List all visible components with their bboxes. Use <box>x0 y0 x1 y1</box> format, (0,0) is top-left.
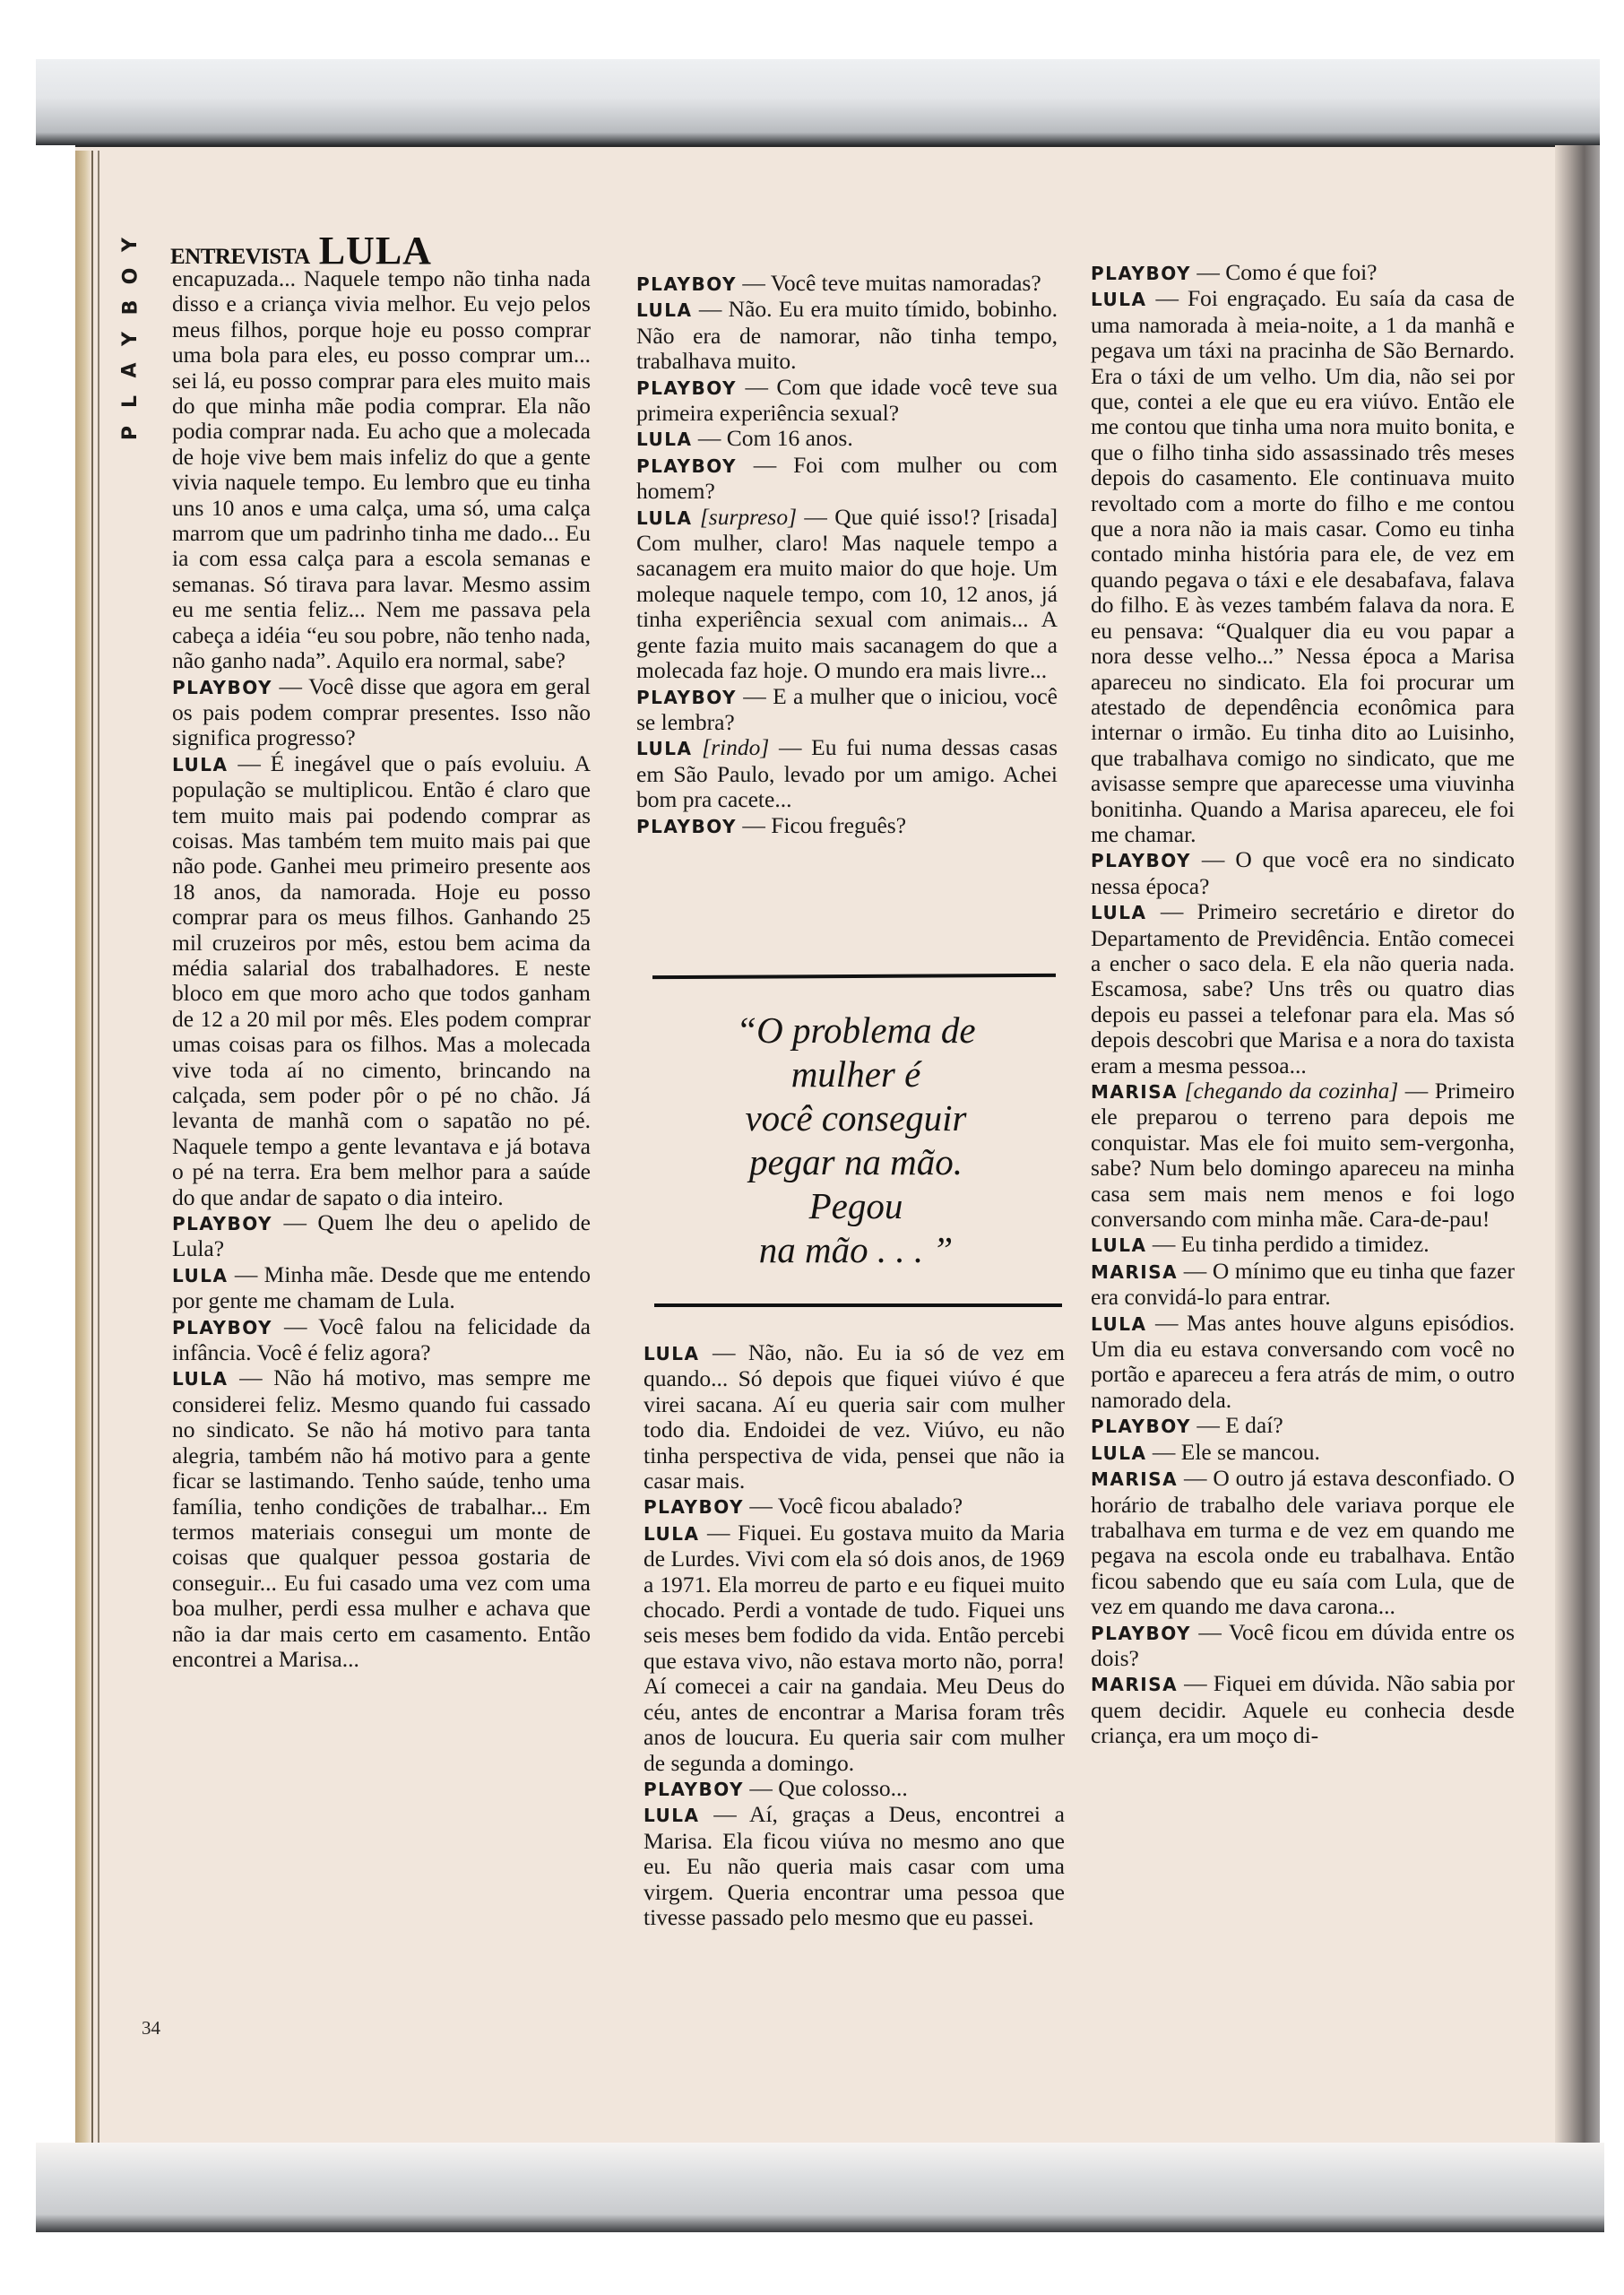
pullquote-line: pegar na mão. <box>654 1140 1058 1184</box>
interview-paragraph: PLAYBOY — Que colosso... <box>644 1776 1065 1802</box>
speaker-label: LULA <box>1091 902 1147 923</box>
paragraph-text: — Não há motivo, mas sempre me considere… <box>172 1364 591 1671</box>
paragraph-text: — Não, não. Eu ia só de vez em quando...… <box>644 1339 1065 1494</box>
speaker-label: PLAYBOY <box>172 677 272 698</box>
speaker-label: PLAYBOY <box>172 1317 272 1338</box>
paragraph-text: — Você teve muitas namoradas? <box>742 270 1041 296</box>
paragraph-text: encapuzada... Naquele tempo não tinha na… <box>172 265 591 673</box>
stage-direction: [rindo] <box>702 734 769 760</box>
vertical-playboy-label: Y O B Y A L P <box>117 235 144 443</box>
pullquote-line: mulher é <box>654 1052 1058 1096</box>
pullquote-line: Pegou <box>654 1184 1058 1228</box>
paragraph-text: — Como é que foi? <box>1196 259 1377 285</box>
speaker-label: PLAYBOY <box>644 1779 744 1800</box>
interview-paragraph: MARISA — Fiquei em dúvida. Não sabia por… <box>1091 1671 1515 1748</box>
paragraph-text: — Primeiro secretário e diretor do Depar… <box>1091 898 1515 1078</box>
pullquote-line: na mão . . . ” <box>654 1228 1058 1272</box>
speaker-label: PLAYBOY <box>1091 1623 1191 1644</box>
speaker-label: LULA <box>636 738 693 759</box>
scanner-right-margin <box>1600 0 1624 2295</box>
speaker-label: LULA <box>1091 1442 1147 1464</box>
speaker-label: PLAYBOY <box>1091 1416 1191 1437</box>
paragraph-text: — Que quié isso!? [risada] Com mulher, c… <box>636 504 1058 683</box>
paragraph-text: — Foi engraçado. Eu saía da casa de uma … <box>1091 285 1515 847</box>
interview-paragraph: PLAYBOY — Você ficou abalado? <box>644 1494 1065 1520</box>
interview-paragraph: LULA — Fiquei. Eu gostava muito da Maria… <box>644 1520 1065 1776</box>
interview-paragraph: PLAYBOY — Você ficou em dúvida entre os … <box>1091 1620 1515 1672</box>
pullquote-rule-bottom <box>654 1303 1062 1307</box>
paragraph-text: — Minha mãe. Desde que me entendo por ge… <box>172 1261 591 1313</box>
paragraph-text: — Com 16 anos. <box>698 425 853 451</box>
speaker-label: PLAYBOY <box>636 455 737 477</box>
side-letter: O <box>121 268 141 285</box>
paragraph-text: — Aí, graças a Deus, encontrei a Marisa.… <box>644 1801 1065 1930</box>
speaker-label: LULA <box>636 299 693 321</box>
speaker-label: PLAYBOY <box>636 816 737 837</box>
interview-paragraph: LULA — Mas antes houve alguns episódios.… <box>1091 1311 1515 1414</box>
interview-paragraph: PLAYBOY — Foi com mulher ou com homem? <box>636 453 1058 505</box>
page-number: 34 <box>142 2017 160 2040</box>
speaker-label: LULA <box>644 1805 700 1826</box>
side-letter: A <box>121 362 141 377</box>
interview-paragraph: LULA — Eu tinha perdido a timidez. <box>1091 1232 1515 1258</box>
interview-paragraph: LULA — Não, não. Eu ia só de vez em quan… <box>644 1340 1065 1494</box>
speaker-label: PLAYBOY <box>1091 263 1191 284</box>
side-letter: P <box>121 426 141 440</box>
text-column-1: encapuzada... Naquele tempo não tinha na… <box>172 266 591 1672</box>
interview-paragraph: LULA — Não há motivo, mas sempre me cons… <box>172 1365 591 1672</box>
page-spine-line <box>98 151 99 2143</box>
interview-paragraph: PLAYBOY — Você disse que agora em geral … <box>172 674 591 751</box>
interview-paragraph: MARISA — O mínimo que eu tinha que fazer… <box>1091 1259 1515 1311</box>
speaker-label: LULA <box>636 429 693 450</box>
scanner-top-margin <box>36 59 1600 145</box>
paragraph-text: — É inegável que o país evoluiu. A popul… <box>172 750 591 1210</box>
interview-paragraph: PLAYBOY — Você teve muitas namoradas? <box>636 271 1058 297</box>
interview-paragraph: PLAYBOY — Ficou freguês? <box>636 813 1058 839</box>
speaker-label: MARISA <box>1091 1081 1178 1103</box>
speaker-label: PLAYBOY <box>644 1496 744 1518</box>
interview-paragraph: LULA — Ele se mancou. <box>1091 1440 1515 1466</box>
speaker-label: MARISA <box>1091 1468 1178 1490</box>
pullquote-line: você conseguir <box>654 1096 1058 1140</box>
speaker-label: PLAYBOY <box>1091 850 1191 871</box>
speaker-label: LULA <box>644 1523 700 1545</box>
page-spine-edge <box>75 151 93 2143</box>
interview-paragraph: MARISA — O outro já estava desconfiado. … <box>1091 1466 1515 1619</box>
stage-direction: [surpreso] <box>700 504 797 530</box>
speaker-label: PLAYBOY <box>636 273 737 295</box>
interview-paragraph: PLAYBOY — Com que idade você teve sua pr… <box>636 375 1058 427</box>
interview-paragraph: PLAYBOY — Como é que foi? <box>1091 260 1515 286</box>
text-column-2-bottom: LULA — Não, não. Eu ia só de vez em quan… <box>644 1340 1065 1930</box>
paragraph-text: — Você ficou abalado? <box>749 1493 963 1519</box>
paragraph-text: — Não. Eu era muito tímido, bobinho. Não… <box>636 296 1058 374</box>
speaker-label: MARISA <box>1091 1674 1178 1695</box>
interview-paragraph: LULA — É inegável que o país evoluiu. A … <box>172 751 591 1210</box>
speaker-label: PLAYBOY <box>636 377 737 399</box>
interview-paragraph: PLAYBOY — Quem lhe deu o apelido de Lula… <box>172 1210 591 1262</box>
interview-paragraph: PLAYBOY — E daí? <box>1091 1413 1515 1439</box>
interview-paragraph: PLAYBOY — Você falou na felicidade da in… <box>172 1314 591 1366</box>
speaker-label: MARISA <box>1091 1261 1178 1283</box>
interview-paragraph: PLAYBOY — O que você era no sindicato ne… <box>1091 847 1515 899</box>
paragraph-text: — E daí? <box>1196 1412 1283 1438</box>
speaker-label: LULA <box>172 1368 229 1390</box>
side-letter: B <box>121 300 141 316</box>
paragraph-text: — Eu tinha perdido a timidez. <box>1153 1231 1430 1257</box>
paragraph-text: — Eu fui numa dessas casas em São Paulo,… <box>636 734 1058 812</box>
text-column-2-top: PLAYBOY — Você teve muitas namoradas?LUL… <box>636 271 1058 839</box>
interview-paragraph: LULA — Minha mãe. Desde que me entendo p… <box>172 1262 591 1314</box>
speaker-label: LULA <box>172 1265 229 1286</box>
scanner-bottom-margin <box>36 2143 1604 2232</box>
interview-paragraph: LULA [rindo] — Eu fui numa dessas casas … <box>636 735 1058 812</box>
pullquote-line: “O problema de <box>654 1009 1058 1052</box>
paragraph-text: — Fiquei. Eu gostava muito da Maria de L… <box>644 1520 1065 1776</box>
paragraph-text: — Que colosso... <box>749 1775 907 1801</box>
paragraph-text: — Ele se mancou. <box>1153 1439 1320 1465</box>
side-letter: Y <box>121 238 141 252</box>
interview-paragraph: MARISA [chegando da cozinha] — Primeiro … <box>1091 1078 1515 1232</box>
speaker-label: PLAYBOY <box>636 687 737 708</box>
interview-paragraph: PLAYBOY — E a mulher que o iniciou, você… <box>636 684 1058 736</box>
speaker-label: LULA <box>1091 1313 1147 1335</box>
speaker-label: LULA <box>1091 1234 1147 1256</box>
interview-paragraph: LULA — Primeiro secretário e diretor do … <box>1091 899 1515 1078</box>
text-column-3: PLAYBOY — Como é que foi?LULA — Foi engr… <box>1091 260 1515 1749</box>
interview-paragraph: encapuzada... Naquele tempo não tinha na… <box>172 266 591 674</box>
page-gutter-shadow <box>1555 145 1600 2143</box>
interview-paragraph: LULA — Aí, graças a Deus, encontrei a Ma… <box>644 1802 1065 1930</box>
speaker-label: LULA <box>1091 289 1147 310</box>
speaker-label: LULA <box>636 507 693 529</box>
pullquote: “O problema de mulher é você conseguir p… <box>654 1009 1058 1272</box>
speaker-label: LULA <box>644 1343 700 1364</box>
side-letter: L <box>121 395 141 408</box>
speaker-label: PLAYBOY <box>172 1213 272 1234</box>
side-letter: Y <box>121 332 141 346</box>
interview-paragraph: LULA — Com 16 anos. <box>636 426 1058 452</box>
interview-paragraph: LULA — Foi engraçado. Eu saía da casa de… <box>1091 286 1515 847</box>
paragraph-text: — Mas antes houve alguns episódios. Um d… <box>1091 1310 1515 1413</box>
interview-paragraph: LULA — Não. Eu era muito tímido, bobinho… <box>636 297 1058 374</box>
stage-direction: [chegando da cozinha] <box>1185 1078 1399 1104</box>
paragraph-text: — Ficou freguês? <box>742 812 906 838</box>
speaker-label: LULA <box>172 754 229 775</box>
interview-paragraph: LULA [surpreso] — Que quié isso!? [risad… <box>636 505 1058 684</box>
